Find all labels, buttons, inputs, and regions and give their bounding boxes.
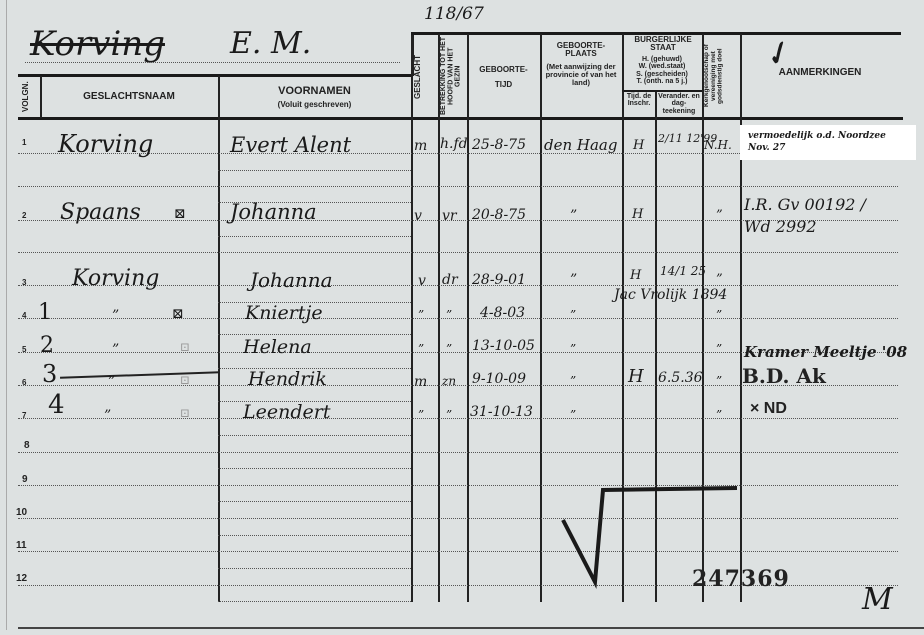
row-relation: vr xyxy=(442,208,457,224)
row-surname: Korving xyxy=(72,266,159,291)
row-birth-date: 13-10-05 xyxy=(472,338,535,354)
strike-line xyxy=(60,371,220,379)
row-remark: I.R. Gv 00192 / Wd 2992 xyxy=(744,194,894,239)
title-dotted-line xyxy=(25,62,400,63)
row-sex: m xyxy=(414,374,427,390)
row-sex: m xyxy=(414,138,427,154)
row-number: 6 xyxy=(22,378,26,387)
row-line-4 xyxy=(18,318,898,319)
row-birth-place: ” xyxy=(570,272,577,288)
row-line-8a xyxy=(218,468,411,469)
serial-number: 247369 xyxy=(692,566,790,592)
row-birth-place: ” xyxy=(570,374,576,388)
row-remark: × ND xyxy=(750,401,787,418)
row-number: 3 xyxy=(22,278,26,287)
child-order-mark: 3 xyxy=(42,360,57,388)
row-birth-place: ” xyxy=(570,408,576,422)
row-church: ” xyxy=(716,272,723,287)
row-birth-place: den Haag xyxy=(544,136,617,154)
row-given-names: Helena xyxy=(243,336,312,358)
row-surname: Korving xyxy=(58,130,153,158)
header-civil-status: BURGERLIJKE STAAT xyxy=(624,36,702,53)
row-given-names: Hendrik xyxy=(248,368,327,390)
row-relation: zn xyxy=(442,374,456,388)
row-surname: Spaans xyxy=(60,200,141,225)
row-relation: h.fd xyxy=(440,136,468,152)
title-surname: Korving xyxy=(30,24,165,64)
row-remark: Kramer Meeltje '08 xyxy=(744,343,907,361)
row-line-7a xyxy=(218,435,411,436)
row-remark: vermoedelijk o.d. Noordzee Nov. 27 xyxy=(748,131,908,154)
row-civil-change: 14/1 25 xyxy=(660,264,706,278)
header-sex: GESLACHT xyxy=(414,40,436,114)
header-birth-place: GEBOORTE- PLAATS xyxy=(540,42,622,59)
row-line-1b xyxy=(218,170,411,171)
row-sex: ” xyxy=(418,408,424,422)
row-relation: dr xyxy=(442,272,458,288)
child-order-mark: 4 xyxy=(48,390,65,420)
row-surname: ” xyxy=(108,374,115,390)
row-line-11 xyxy=(18,551,898,552)
header-surname: GESLACHTSNAAM xyxy=(40,92,218,103)
row-church: ” xyxy=(716,374,722,388)
row-given-names: Evert Alent xyxy=(230,133,351,157)
row-number-empty: 12 xyxy=(16,573,27,584)
row-sex: v xyxy=(414,208,422,224)
row-birth-date: 20-8-75 xyxy=(472,207,526,223)
col-line-given xyxy=(218,182,220,602)
header-relation: BETREKKING TOT HET HOOFD VAN HET GEZIN xyxy=(440,36,466,116)
card-bottom-edge xyxy=(18,627,924,629)
row-number-empty: 8 xyxy=(24,440,30,451)
row-church: ” xyxy=(716,308,722,322)
row-surname: ” xyxy=(104,408,111,424)
row-given-names: Johanna xyxy=(250,268,333,292)
row-surname: ” xyxy=(112,342,119,358)
header-civil-time: Tijd. de Inschr. xyxy=(623,93,655,108)
row-line-10 xyxy=(18,518,898,519)
row-number: 1 xyxy=(22,138,26,147)
checkbox-icon: ⊠ xyxy=(174,206,186,222)
header-bottom-line xyxy=(18,117,903,120)
corner-initial: M xyxy=(862,582,893,617)
population-register-card: Korving E. M. 118/67 VOLGN. GESLACHTSNAA… xyxy=(0,0,924,635)
header-volgn: VOLGN. xyxy=(22,80,36,114)
row-civil-status: H xyxy=(633,138,644,153)
row-number: 7 xyxy=(22,411,26,420)
row-birth-date: 28-9-01 xyxy=(472,272,526,288)
row-relation: ” xyxy=(446,308,452,322)
row-sex: v xyxy=(418,273,426,289)
row-civil-status: H xyxy=(632,207,643,222)
row-relation: ” xyxy=(446,342,452,356)
row-number-empty: 10 xyxy=(16,507,27,518)
child-order-mark: 2 xyxy=(40,333,54,358)
row-relation: ” xyxy=(446,408,452,422)
row-birth-date: 9-10-09 xyxy=(472,371,526,387)
child-order-mark: 1 xyxy=(38,300,52,325)
row-line-9a xyxy=(218,501,411,502)
header-given-names: VOORNAMEN xyxy=(218,86,411,98)
checkbox-icon: ⊠ xyxy=(172,306,184,322)
col-line-sex xyxy=(411,76,413,602)
row-line-12a xyxy=(218,601,411,602)
checkbox-icon: ⊡ xyxy=(180,406,190,420)
header-civil-change: Verander. en dag-teekening xyxy=(656,93,702,115)
checkbox-icon: ⊡ xyxy=(180,340,190,354)
status-subdivider xyxy=(622,90,702,92)
row-surname: ” xyxy=(112,308,119,324)
row-line-4a xyxy=(218,334,411,335)
row-line-10a xyxy=(218,535,411,536)
row-given-names: Leendert xyxy=(243,401,330,423)
row-given-names: Kniertje xyxy=(245,302,323,324)
header-birth-place-sub: (Met aanwijzing der provincie of van het… xyxy=(542,63,620,87)
row-remark: Jac Vrolijk 1894 xyxy=(614,287,727,303)
header-birth-date: GEBOORTE- TIJD xyxy=(467,62,540,92)
archive-reference: 118/67 xyxy=(424,4,484,24)
row-church: ” xyxy=(716,208,723,223)
row-line-2d xyxy=(18,252,898,253)
row-line-2c xyxy=(218,236,411,237)
row-number-empty: 9 xyxy=(22,474,28,485)
row-sex: ” xyxy=(418,342,424,356)
card-left-edge xyxy=(6,0,7,630)
row-given-names: Johanna xyxy=(230,200,317,224)
row-number-empty: 11 xyxy=(16,540,27,551)
row-line-7 xyxy=(18,418,898,419)
row-line-11a xyxy=(218,568,411,569)
row-church: ” xyxy=(716,342,722,356)
row-civil-change: 6.5.36 xyxy=(658,370,703,386)
row-sex: ” xyxy=(418,308,424,322)
title-initials: E. M. xyxy=(230,26,311,61)
row-civil-status: H xyxy=(630,268,641,283)
header-top-line-left xyxy=(18,74,413,77)
header-civil-status-codes: H. (gehuwd) W. (wed.staat) S. (gescheide… xyxy=(622,56,702,85)
row-number: 2 xyxy=(22,211,26,220)
row-birth-date: 25-8-75 xyxy=(472,137,526,153)
row-number: 4 xyxy=(22,311,26,320)
row-church: ” xyxy=(716,408,722,422)
row-line-2 xyxy=(18,186,898,187)
checkbox-icon: ⊡ xyxy=(180,373,190,387)
header-given-names-sub: (Voluit geschreven) xyxy=(218,101,411,109)
row-remark-stamp: B.D. Ak xyxy=(742,364,826,388)
row-birth-place: ” xyxy=(570,308,576,322)
row-birth-place: ” xyxy=(570,342,576,356)
header-remarks: AANMERKINGEN xyxy=(740,68,900,79)
row-line-8 xyxy=(18,452,898,453)
row-church: N.H. xyxy=(704,138,732,152)
row-number: 5 xyxy=(22,345,26,354)
row-line-9 xyxy=(18,485,898,486)
row-birth-place: ” xyxy=(570,208,577,224)
header-church: Kerkgenootschap of vereeniging met godsd… xyxy=(704,36,738,116)
row-birth-date: 4-8-03 xyxy=(480,305,525,321)
row-birth-date: 31-10-13 xyxy=(470,404,533,420)
row-civil-status: H xyxy=(628,366,644,387)
